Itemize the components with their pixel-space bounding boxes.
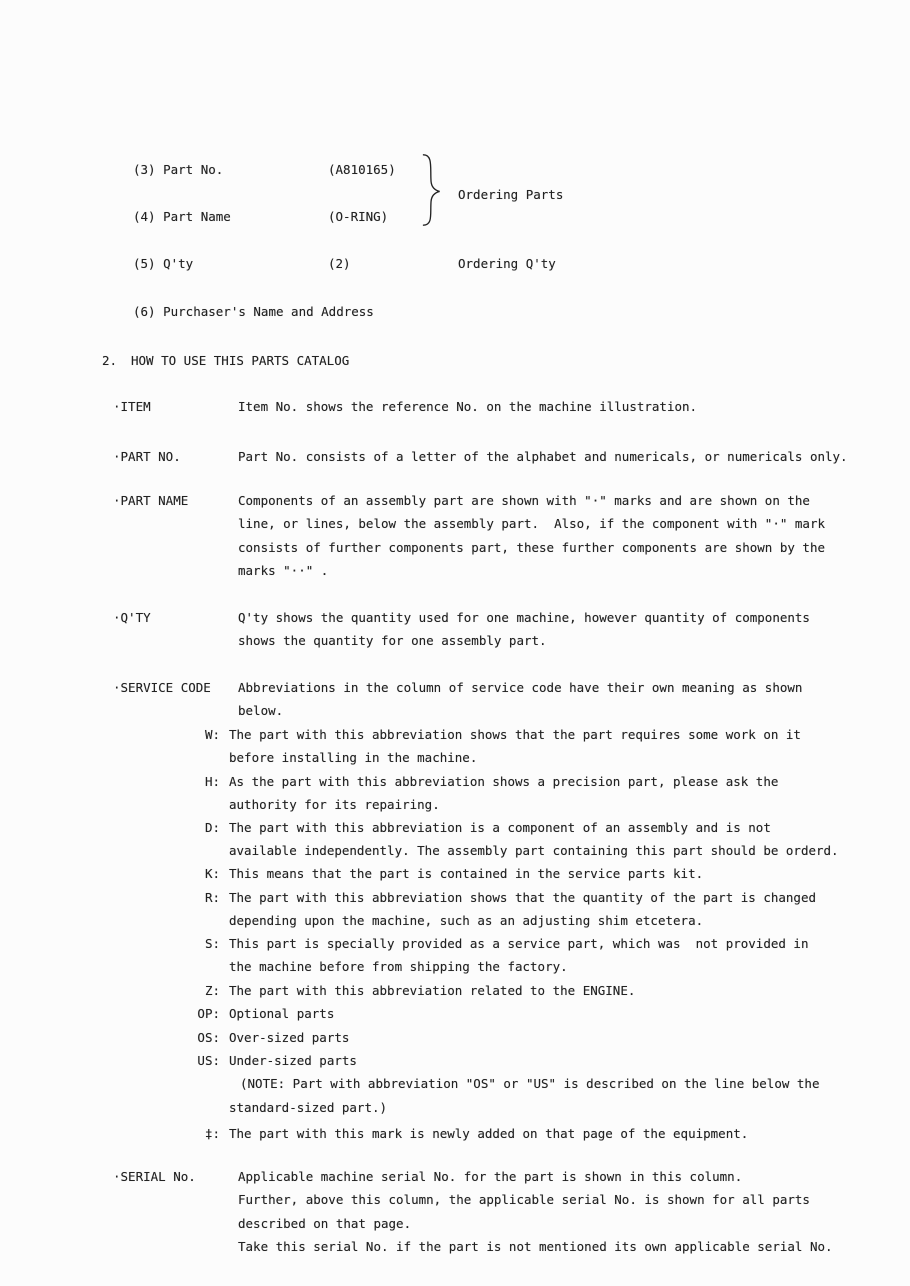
description-line: Item No. shows the reference No. on the … (238, 395, 697, 418)
definition-term: ·PART NO. (113, 445, 181, 468)
description-line: The part with this abbreviation related … (229, 979, 635, 1002)
definition-term: ·SERIAL No. (113, 1165, 196, 1188)
description-line: depending upon the machine, such as an a… (229, 909, 816, 932)
service-code-letter: H: (182, 770, 220, 793)
definition-description: Applicable machine serial No. for the pa… (238, 1165, 833, 1259)
description-line: Abbreviations in the column of service c… (238, 676, 802, 699)
definition-description: Part No. consists of a letter of the alp… (238, 445, 848, 468)
service-code-description: The part with this abbreviation shows th… (229, 723, 801, 770)
definition-description: Item No. shows the reference No. on the … (238, 395, 697, 418)
description-line: Over-sized parts (229, 1026, 349, 1049)
description-line: shows the quantity for one assembly part… (238, 629, 810, 652)
description-line: consists of further components part, the… (238, 536, 825, 559)
service-code-description: Optional parts (229, 1002, 334, 1025)
service-code-description: Over-sized parts (229, 1026, 349, 1049)
section-title: HOW TO USE THIS PARTS CATALOG (131, 349, 349, 372)
example-label: (6) Purchaser's Name and Address (133, 300, 374, 323)
description-line: Part No. consists of a letter of the alp… (238, 445, 848, 468)
definition-term: ·Q'TY (113, 606, 151, 629)
description-line: The part with this abbreviation shows th… (229, 723, 801, 746)
description-line: authority for its repairing. (229, 793, 778, 816)
service-code-description: This part is specially provided as a ser… (229, 932, 808, 979)
description-line: Components of an assembly part are shown… (238, 489, 825, 512)
definition-term: ·PART NAME (113, 489, 188, 512)
service-code-letter: Z: (182, 979, 220, 1002)
description-line: Under-sized parts (229, 1049, 819, 1072)
description-line: As the part with this abbreviation shows… (229, 770, 778, 793)
description-line: Optional parts (229, 1002, 334, 1025)
definition-description: Components of an assembly part are shown… (238, 489, 825, 583)
example-annotation-ordering-parts: Ordering Parts (458, 183, 563, 206)
description-line: marks "··" . (238, 559, 825, 582)
service-code-description: Under-sized parts (NOTE: Part with abbre… (229, 1049, 819, 1119)
description-note-line: (NOTE: Part with abbreviation "OS" or "U… (229, 1072, 819, 1095)
double-dagger-mark: ‡: (182, 1122, 220, 1145)
definition-description: Q'ty shows the quantity used for one mac… (238, 606, 810, 653)
example-value: (2) (328, 252, 351, 275)
service-code-letter: R: (182, 886, 220, 909)
definition-description: Abbreviations in the column of service c… (238, 676, 802, 723)
example-value: (O-RING) (328, 205, 388, 228)
description-line: standard-sized part.) (229, 1096, 819, 1119)
description-line: The part with this abbreviation is a com… (229, 816, 839, 839)
service-code-letter: US: (182, 1049, 220, 1072)
example-label: (3) Part No. (133, 158, 223, 181)
description-line: below. (238, 699, 802, 722)
service-code-letter: S: (182, 932, 220, 955)
service-code-letter: D: (182, 816, 220, 839)
description-line: Applicable machine serial No. for the pa… (238, 1165, 833, 1188)
example-label: (4) Part Name (133, 205, 231, 228)
description-line: line, or lines, below the assembly part.… (238, 512, 825, 535)
description-line: described on that page. (238, 1212, 833, 1235)
description-line: This part is specially provided as a ser… (229, 932, 808, 955)
service-code-description: The part with this abbreviation is a com… (229, 816, 839, 863)
description-line: Take this serial No. if the part is not … (238, 1235, 833, 1258)
service-code-letter: OP: (182, 1002, 220, 1025)
example-value: (A810165) (328, 158, 396, 181)
section-number: 2. (102, 349, 117, 372)
description-line: the machine before from shipping the fac… (229, 955, 808, 978)
description-line: Further, above this column, the applicab… (238, 1188, 833, 1211)
description-line: This means that the part is contained in… (229, 862, 703, 885)
service-code-description: The part with this abbreviation related … (229, 979, 635, 1002)
service-code-letter: OS: (182, 1026, 220, 1049)
description-line: available independently. The assembly pa… (229, 839, 839, 862)
description-line: The part with this abbreviation shows th… (229, 886, 816, 909)
service-code-description: The part with this abbreviation shows th… (229, 886, 816, 933)
example-annotation-ordering-qty: Ordering Q'ty (458, 252, 556, 275)
curly-brace-icon (419, 152, 445, 228)
parts-catalog-instruction-page: (3) Part No. (A810165) (4) Part Name (O-… (0, 0, 910, 1286)
service-code-letter: K: (182, 862, 220, 885)
description-line: before installing in the machine. (229, 746, 801, 769)
service-code-description: The part with this mark is newly added o… (229, 1122, 748, 1145)
service-code-letter: W: (182, 723, 220, 746)
service-code-description: As the part with this abbreviation shows… (229, 770, 778, 817)
service-code-description: This means that the part is contained in… (229, 862, 703, 885)
example-label: (5) Q'ty (133, 252, 193, 275)
definition-term: ·SERVICE CODE (113, 676, 211, 699)
description-line: The part with this mark is newly added o… (229, 1122, 748, 1145)
definition-term: ·ITEM (113, 395, 151, 418)
description-line: Q'ty shows the quantity used for one mac… (238, 606, 810, 629)
